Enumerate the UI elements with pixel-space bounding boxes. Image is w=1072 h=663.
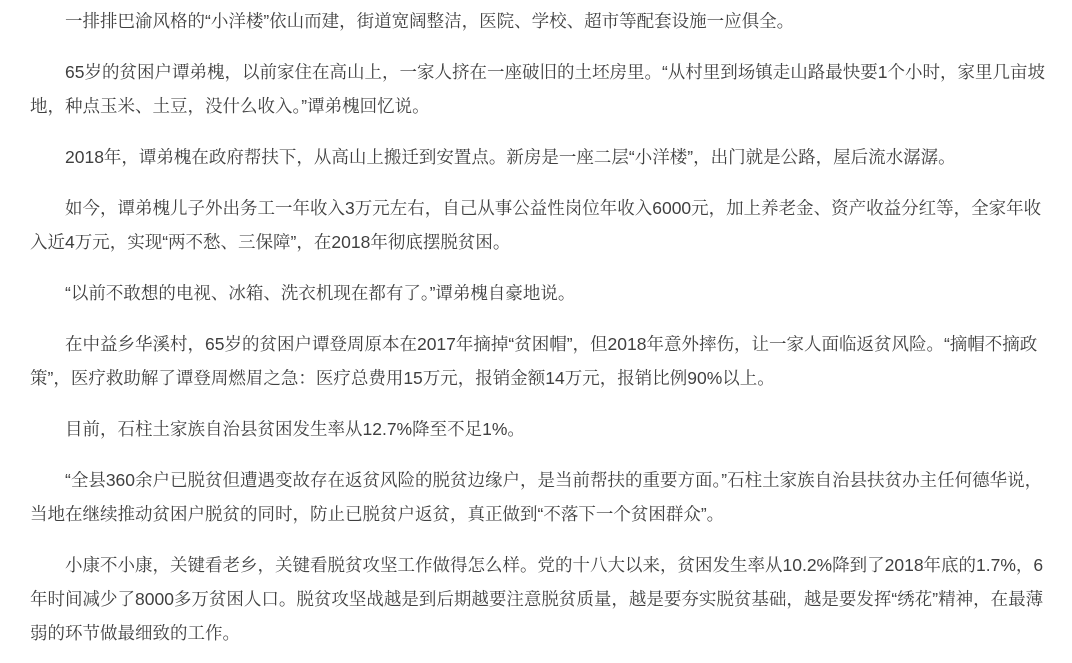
article-body: 一排排巴渝风格的“小洋楼”依山而建，街道宽阔整洁，医院、学校、超市等配套设施一应…	[0, 0, 1072, 650]
article-paragraph: “以前不敢想的电视、冰箱、洗衣机现在都有了。”谭弟槐自豪地说。	[30, 276, 1056, 310]
article-paragraph: 65岁的贫困户谭弟槐，以前家住在高山上，一家人挤在一座破旧的土坯房里。“从村里到…	[30, 55, 1056, 123]
article-paragraph: 小康不小康，关键看老乡，关键看脱贫攻坚工作做得怎么样。党的十八大以来，贫困发生率…	[30, 548, 1056, 650]
article-paragraph: 一排排巴渝风格的“小洋楼”依山而建，街道宽阔整洁，医院、学校、超市等配套设施一应…	[30, 4, 1056, 38]
article-paragraph: 目前，石柱土家族自治县贫困发生率从12.7%降至不足1%。	[30, 412, 1056, 446]
article-paragraph: 2018年，谭弟槐在政府帮扶下，从高山上搬迁到安置点。新房是一座二层“小洋楼”，…	[30, 140, 1056, 174]
article-paragraph: 如今，谭弟槐儿子外出务工一年收入3万元左右，自己从事公益性岗位年收入6000元，…	[30, 191, 1056, 259]
article-paragraph: “全县360余户已脱贫但遭遇变故存在返贫风险的脱贫边缘户，是当前帮扶的重要方面。…	[30, 463, 1056, 531]
article-paragraph: 在中益乡华溪村，65岁的贫困户谭登周原本在2017年摘掉“贫困帽”，但2018年…	[30, 327, 1056, 395]
page: { "colors": { "text": "#3f3f3f", "backgr…	[0, 0, 1072, 663]
